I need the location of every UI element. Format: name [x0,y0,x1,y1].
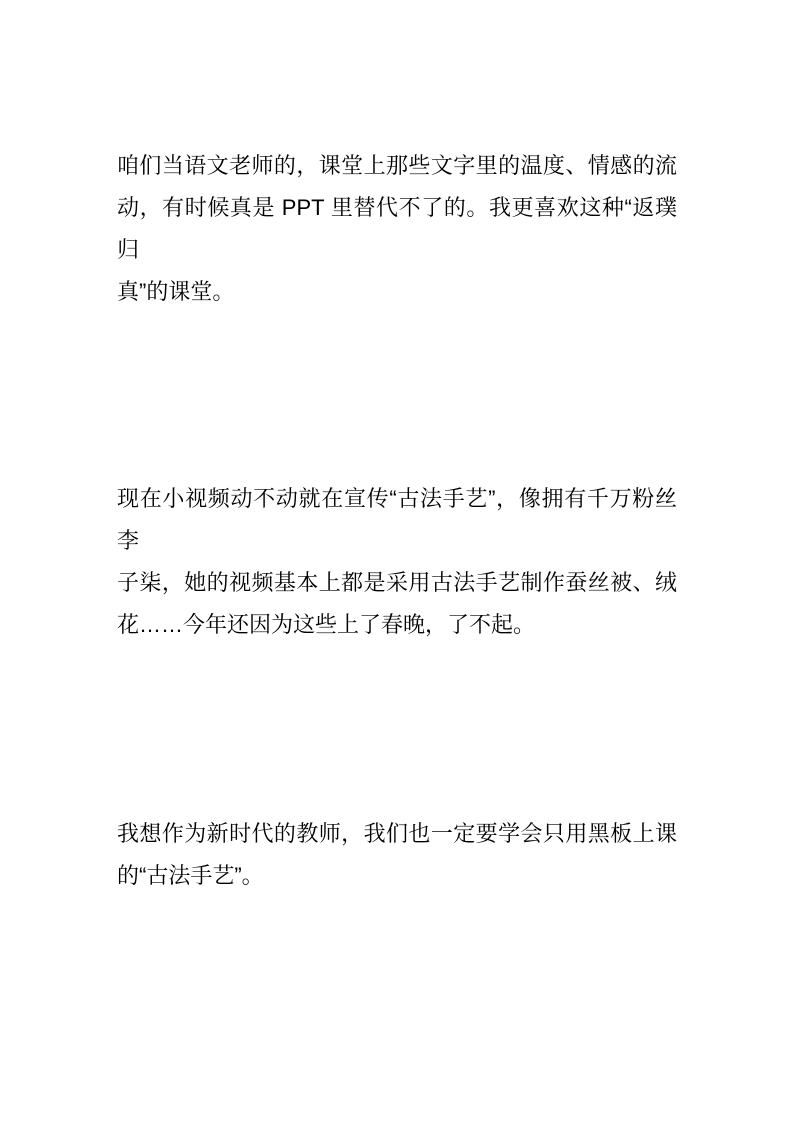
text-line: 我想作为新时代的教师，我们也一定要学会只用黑板上课 [117,813,677,855]
text-line: 真”的课堂。 [117,271,677,313]
text-line: 现在小视频动不动就在宣传“古法手艺”，像拥有千万粉丝李 [117,478,677,562]
text-line: 动，有时候真是 PPT 里替代不了的。我更喜欢这种“返璞归 [117,187,677,271]
text-line: 子柒，她的视频基本上都是采用古法手艺制作蚕丝被、绒 [117,562,677,604]
text-line: 花……今年还因为这些上了春晚，了不起。 [117,604,677,646]
text-line: 咱们当语文老师的，课堂上那些文字里的温度、情感的流 [117,145,677,187]
document-page: 咱们当语文老师的，课堂上那些文字里的温度、情感的流动，有时候真是 PPT 里替代… [0,0,793,1122]
paragraph-3: 我想作为新时代的教师，我们也一定要学会只用黑板上课的“古法手艺”。 [117,813,677,897]
text-line: 的“古法手艺”。 [117,855,677,897]
paragraph-2: 现在小视频动不动就在宣传“古法手艺”，像拥有千万粉丝李子柒，她的视频基本上都是采… [117,478,677,646]
paragraph-1: 咱们当语文老师的，课堂上那些文字里的温度、情感的流动，有时候真是 PPT 里替代… [117,145,677,313]
